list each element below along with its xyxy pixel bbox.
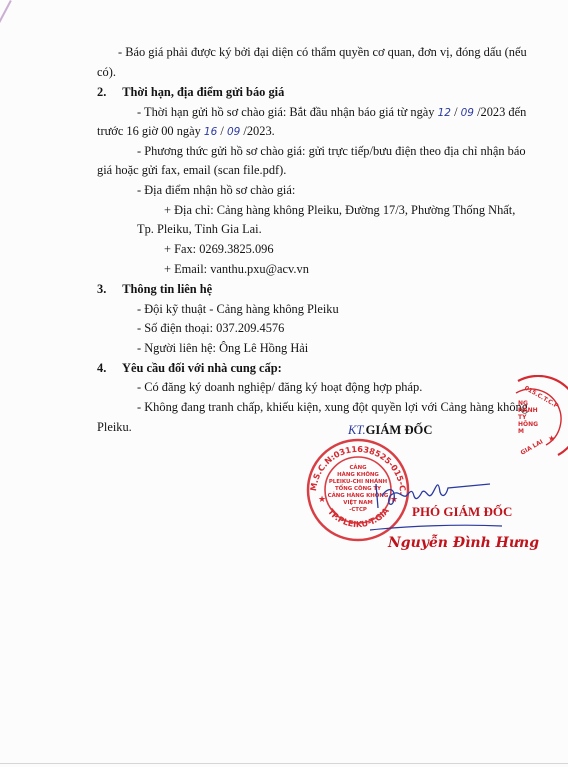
section-4-heading: 4. Yêu cầu đối với nhà cung cấp: — [97, 360, 282, 376]
section-title: Thông tin liên hệ — [122, 282, 212, 296]
section-title: Thời hạn, địa điểm gửi báo giá — [122, 85, 284, 99]
method-line-2: giá hoặc gửi fax, email (scan file.pdf). — [97, 162, 286, 178]
supplier-requirement-2-cont: Pleiku. — [97, 419, 132, 435]
svg-text:M: M — [518, 428, 524, 435]
end-year: /2023. — [243, 124, 274, 138]
email-line: + Email: vanthu.pxu@acv.vn — [164, 261, 309, 277]
director-title: GIÁM ĐỐC — [366, 423, 433, 437]
supplier-requirement-2: - Không đang tranh chấp, khiếu kiện, xun… — [137, 399, 528, 415]
paragraph-signature-requirement-cont: có). — [97, 64, 116, 80]
svg-text:TY: TY — [518, 414, 527, 421]
contact-team: - Đội kỹ thuật - Cảng hàng không Pleiku — [137, 301, 339, 317]
address-line-2: Tp. Pleiku, Tỉnh Gia Lai. — [137, 221, 262, 237]
scan-artifact-line — [0, 0, 12, 54]
start-year: /2023 đến — [477, 105, 526, 119]
section-number: 2. — [97, 85, 106, 99]
svg-text:HÔNG: HÔNG — [518, 421, 538, 428]
section-2-heading: 2. Thời hạn, địa điểm gửi báo giá — [97, 84, 284, 100]
signer-name: Nguyễn Đình Hưng — [388, 535, 539, 551]
end-day-handwritten: 16 — [204, 126, 217, 138]
svg-text:★: ★ — [318, 494, 326, 504]
end-month-handwritten: 09 — [227, 126, 240, 138]
contact-person: - Người liên hệ: Ông Lê Hồng Hải — [137, 340, 308, 356]
deputy-director-title: PHÓ GIÁM ĐỐC — [412, 504, 512, 520]
deadline-line-1: - Thời hạn gửi hồ sơ chào giá: Bắt đầu n… — [137, 104, 526, 121]
deadline-label: - Thời hạn gửi hồ sơ chào giá: Bắt đầu n… — [137, 105, 434, 119]
start-month-handwritten: 09 — [461, 107, 474, 119]
svg-text:NG: NG — [518, 400, 528, 407]
paragraph-signature-requirement: - Báo giá phải được ký bởi đại diện có t… — [118, 44, 527, 60]
location-label: - Địa điểm nhận hồ sơ chào giá: — [137, 182, 295, 198]
address-line-1: + Địa chỉ: Cảng hàng không Pleiku, Đường… — [164, 202, 515, 218]
svg-text:HÁNH: HÁNH — [518, 407, 538, 414]
deadline-end-label: trước 16 giờ 00 ngày — [97, 124, 201, 138]
section-title: Yêu cầu đối với nhà cung cấp: — [122, 361, 282, 375]
fax-line: + Fax: 0269.3825.096 — [164, 241, 274, 257]
section-number: 3. — [97, 282, 106, 296]
svg-text:★: ★ — [548, 434, 555, 443]
method-line-1: - Phương thức gửi hồ sơ chào giá: gửi tr… — [137, 143, 526, 159]
section-number: 4. — [97, 361, 106, 375]
partial-page-stamp: 015.C.T.C.P NG HÁNH TY HÔNG M GIA LAI ★ — [508, 375, 568, 465]
supplier-requirement-1: - Có đăng ký doanh nghiệp/ đăng ký hoạt … — [137, 379, 422, 395]
svg-text:-CTCP: -CTCP — [349, 507, 367, 513]
start-day-handwritten: 12 — [438, 107, 451, 119]
page-edge — [0, 763, 568, 764]
kt-prefix-handwritten: KT. — [348, 423, 366, 437]
section-3-heading: 3. Thông tin liên hệ — [97, 281, 212, 297]
document-page: - Báo giá phải được ký bởi đại diện có t… — [0, 0, 568, 767]
svg-text:CẢNG: CẢNG — [349, 463, 367, 471]
deadline-line-2: trước 16 giờ 00 ngày 16 / 09 /2023. — [97, 123, 275, 140]
contact-phone: - Số điện thoại: 037.209.4576 — [137, 320, 284, 336]
svg-text:GIA LAI: GIA LAI — [520, 438, 545, 456]
